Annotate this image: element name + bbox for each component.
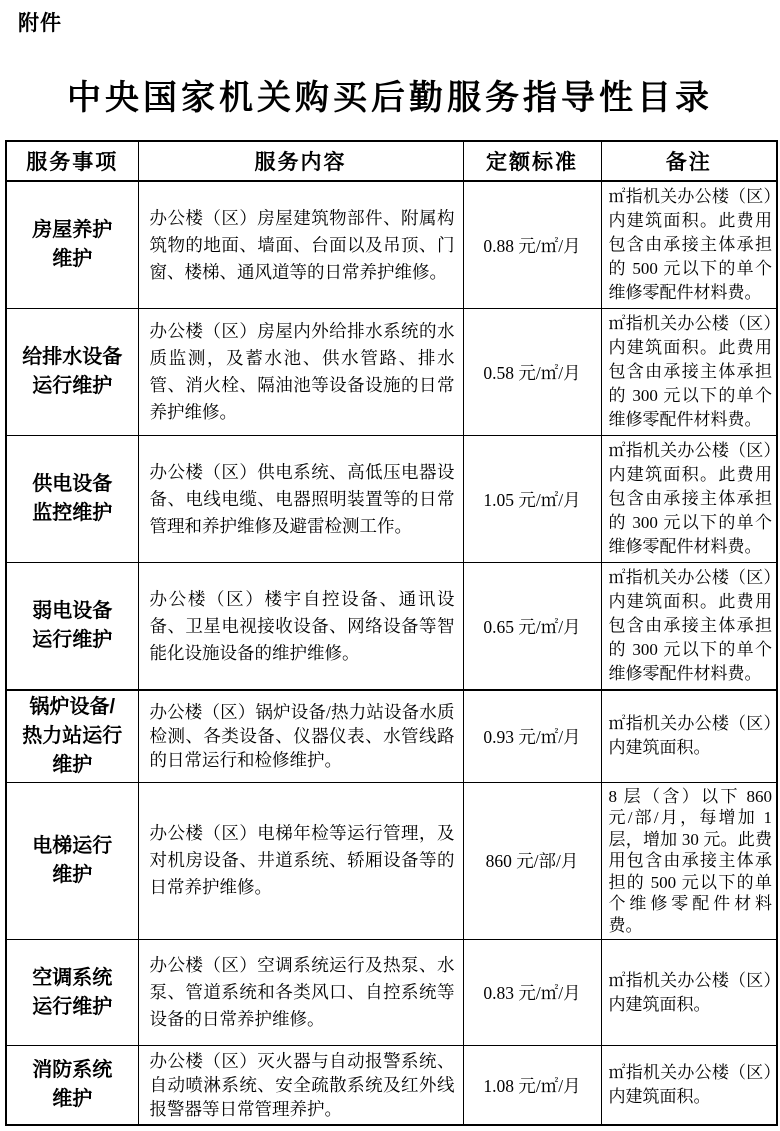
remark-cell: ㎡指机关办公楼（区）内建筑面积。 — [601, 690, 777, 782]
table-row: 房屋养护 维护 办公楼（区）房屋建筑物部件、附属构筑物的地面、墙面、台面以及吊顶… — [6, 181, 777, 309]
table-row: 电梯运行 维护 办公楼（区）电梯年检等运行管理，及对机房设备、井道系统、轿厢设备… — [6, 782, 777, 940]
service-content-cell: 办公楼（区）房屋建筑物部件、附属构筑物的地面、墙面、台面以及吊顶、门窗、楼梯、通… — [138, 181, 463, 309]
page-title: 中央国家机关购买后勤服务指导性目录 — [0, 70, 780, 119]
quota-standard-cell: 860 元/部/月 — [463, 782, 601, 940]
service-content-cell: 办公楼（区）楼宇自控设备、通讯设备、卫星电视接收设备、网络设备等智能化设施设备的… — [138, 563, 463, 691]
table-row: 给排水设备 运行维护 办公楼（区）房屋内外给排水系统的水质监测，及蓄水池、供水管… — [6, 309, 777, 436]
table-row: 消防系统 维护 办公楼（区）灭火器与自动报警系统、自动喷淋系统、安全疏散系统及红… — [6, 1046, 777, 1126]
quota-standard-cell: 0.83 元/㎡/月 — [463, 940, 601, 1046]
service-item-cell: 弱电设备 运行维护 — [6, 563, 138, 691]
quota-standard-cell: 0.88 元/㎡/月 — [463, 181, 601, 309]
service-catalog-table: 服务事项 服务内容 定额标准 备注 房屋养护 维护 办公楼（区）房屋建筑物部件、… — [5, 140, 778, 1126]
remark-cell: ㎡指机关办公楼（区）内建筑面积。此费用包含由承接主体承担的 300 元以下的单个… — [601, 309, 777, 436]
service-content-cell: 办公楼（区）电梯年检等运行管理，及对机房设备、井道系统、轿厢设备等的日常养护维修… — [138, 782, 463, 940]
remark-cell: ㎡指机关办公楼（区）内建筑面积。 — [601, 940, 777, 1046]
column-header-service-item: 服务事项 — [6, 141, 138, 181]
quota-standard-cell: 0.58 元/㎡/月 — [463, 309, 601, 436]
table-header-row: 服务事项 服务内容 定额标准 备注 — [6, 141, 777, 181]
quota-standard-cell: 1.08 元/㎡/月 — [463, 1046, 601, 1126]
service-item-cell: 房屋养护 维护 — [6, 181, 138, 309]
column-header-remarks: 备注 — [601, 141, 777, 181]
service-content-cell: 办公楼（区）灭火器与自动报警系统、自动喷淋系统、安全疏散系统及红外线报警器等日常… — [138, 1046, 463, 1126]
quota-standard-cell: 0.93 元/㎡/月 — [463, 690, 601, 782]
service-content-cell: 办公楼（区）空调系统运行及热泵、水泵、管道系统和各类风口、自控系统等设备的日常养… — [138, 940, 463, 1046]
quota-standard-cell: 0.65 元/㎡/月 — [463, 563, 601, 691]
remark-cell: ㎡指机关办公楼（区）内建筑面积。 — [601, 1046, 777, 1126]
service-item-cell: 电梯运行 维护 — [6, 782, 138, 940]
remark-cell: ㎡指机关办公楼（区）内建筑面积。此费用包含由承接主体承担的 300 元以下的单个… — [601, 436, 777, 563]
service-item-cell: 给排水设备 运行维护 — [6, 309, 138, 436]
column-header-service-content: 服务内容 — [138, 141, 463, 181]
service-item-cell: 供电设备 监控维护 — [6, 436, 138, 563]
table-row: 弱电设备 运行维护 办公楼（区）楼宇自控设备、通讯设备、卫星电视接收设备、网络设… — [6, 563, 777, 691]
service-item-cell: 空调系统 运行维护 — [6, 940, 138, 1046]
table-row: 供电设备 监控维护 办公楼（区）供电系统、高低压电器设备、电线电缆、电器照明装置… — [6, 436, 777, 563]
service-content-cell: 办公楼（区）供电系统、高低压电器设备、电线电缆、电器照明装置等的日常管理和养护维… — [138, 436, 463, 563]
remark-cell: 8 层（含）以下 860 元/部/月，每增加 1 层，增加 30 元。此费用包含… — [601, 782, 777, 940]
service-content-cell: 办公楼（区）锅炉设备/热力站设备水质检测、各类设备、仪器仪表、水管线路的日常运行… — [138, 690, 463, 782]
table-row: 空调系统 运行维护 办公楼（区）空调系统运行及热泵、水泵、管道系统和各类风口、自… — [6, 940, 777, 1046]
service-content-cell: 办公楼（区）房屋内外给排水系统的水质监测，及蓄水池、供水管路、排水管、消火栓、隔… — [138, 309, 463, 436]
attachment-label: 附件 — [18, 7, 62, 37]
remark-cell: ㎡指机关办公楼（区）内建筑面积。此费用包含由承接主体承担的 500 元以下的单个… — [601, 181, 777, 309]
table-row: 锅炉设备/ 热力站运行 维护 办公楼（区）锅炉设备/热力站设备水质检测、各类设备… — [6, 690, 777, 782]
quota-standard-cell: 1.05 元/㎡/月 — [463, 436, 601, 563]
service-item-cell: 消防系统 维护 — [6, 1046, 138, 1126]
service-item-cell: 锅炉设备/ 热力站运行 维护 — [6, 690, 138, 782]
column-header-quota-standard: 定额标准 — [463, 141, 601, 181]
document-page: 附件 中央国家机关购买后勤服务指导性目录 服务事项 服务内容 定额标准 备注 房… — [0, 0, 780, 1131]
remark-cell: ㎡指机关办公楼（区）内建筑面积。此费用包含由承接主体承担的 300 元以下的单个… — [601, 563, 777, 691]
